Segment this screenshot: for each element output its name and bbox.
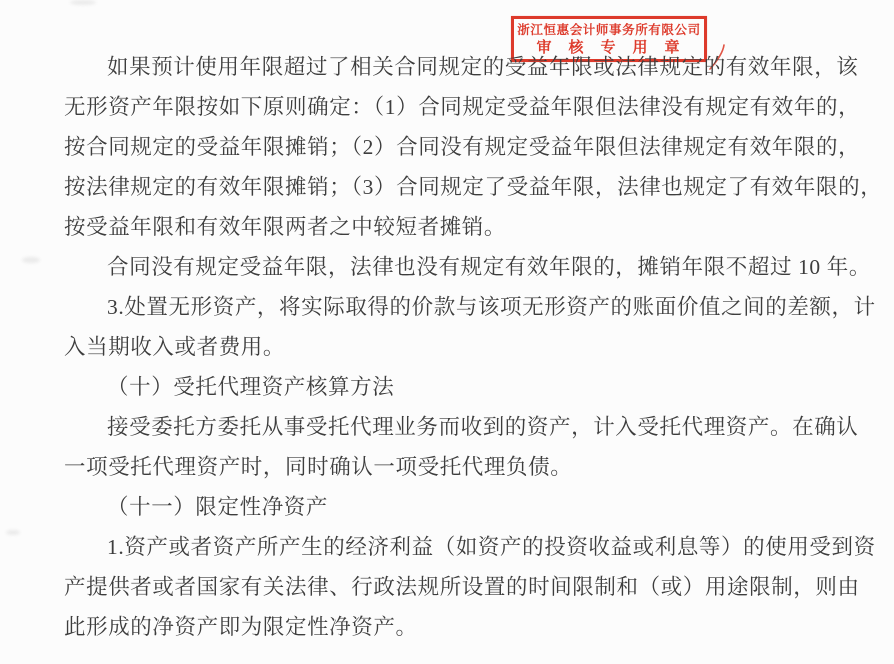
text-line: 产提供者或者国家有关法律、行政法规所设置的时间限制和（或）用途限制，则由 <box>64 567 884 607</box>
text-line: 接受委托方委托从事受托代理业务而收到的资产，计入受托代理资产。在确认 <box>64 407 884 447</box>
text-line: 按法律规定的有效年限摊销；（3）合同规定了受益年限，法律也规定了有效年限的， <box>64 167 884 207</box>
text-line: 3.处置无形资产，将实际取得的价款与该项无形资产的账面价值之间的差额，计 <box>64 287 884 327</box>
text-line: 如果预计使用年限超过了相关合同规定的受益年限或法律规定的有效年限，该 <box>64 47 884 87</box>
document-page: 浙江恒惠会计师事务所有限公司 审核专用章 如果预计使用年限超过了相关合同规定的受… <box>0 0 894 664</box>
stamp-company-name: 浙江恒惠会计师事务所有限公司 <box>517 22 701 38</box>
text-line: （十一）限定性净资产 <box>64 487 884 527</box>
text-line: 按合同规定的受益年限摊销；（2）合同没有规定受益年限但法律规定有效年限的， <box>64 127 884 167</box>
text-line: 合同没有规定受益年限，法律也没有规定有效年限的，摊销年限不超过 10 年。 <box>64 247 884 287</box>
text-line: 此形成的净资产即为限定性净资产。 <box>64 607 884 647</box>
scan-smudge <box>22 257 40 263</box>
text-line: 入当期收入或者费用。 <box>64 327 884 367</box>
text-line: 按受益年限和有效年限两者之中较短者摊销。 <box>64 207 884 247</box>
document-body: 如果预计使用年限超过了相关合同规定的受益年限或法律规定的有效年限，该无形资产年限… <box>64 47 884 647</box>
text-line: 1.资产或者资产所产生的经济利益（如资产的投资收益或利息等）的使用受到资 <box>64 527 884 567</box>
text-line: （十）受托代理资产核算方法 <box>64 367 884 407</box>
text-line: 一项受托代理资产时，同时确认一项受托代理负债。 <box>64 447 884 487</box>
scan-smudge <box>70 0 96 5</box>
text-line: 无形资产年限按如下原则确定：（1）合同规定受益年限但法律没有规定有效年的， <box>64 87 884 127</box>
scan-smudge <box>6 530 20 535</box>
